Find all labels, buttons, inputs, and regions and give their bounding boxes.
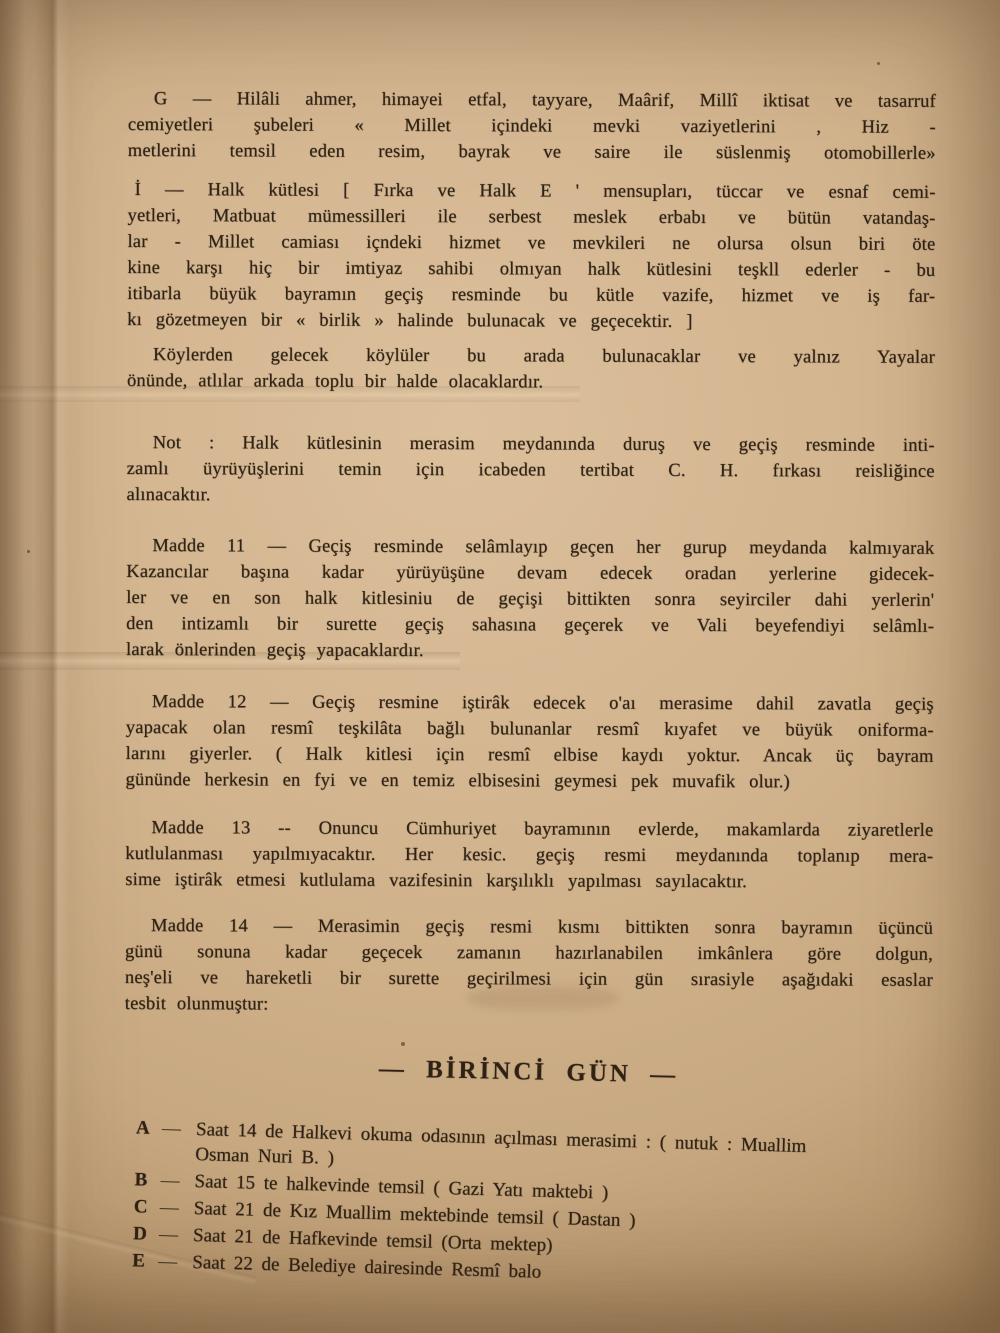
- section-heading-birinci-gun: — BİRİNCİ GÜN —: [124, 1050, 932, 1095]
- schedule-item-dash: —: [159, 1195, 194, 1221]
- text-line: tesbit olunmuştur:: [125, 991, 933, 1020]
- schedule-item-letter: D: [133, 1221, 160, 1247]
- text-line: günü sonuna kadar geçecek zamanın hazırl…: [125, 939, 933, 968]
- text-line: kı gözetmeyen bir « birlik » halinde bul…: [127, 307, 935, 336]
- text-line: Madde 11 — Geçiş resminde selâmlayıp geç…: [126, 533, 934, 562]
- schedule-item-dash: —: [160, 1168, 195, 1194]
- text-line: larını giyerler. ( Halk kitlesi için res…: [126, 741, 934, 770]
- paragraph-madde-12: Madde 12 — Geçiş resmine iştirâk edecek …: [126, 689, 934, 796]
- text-line: larak önlerinden geçiş yapacaklardır.: [126, 637, 934, 666]
- paragraph-madde-14: Madde 14 — Merasimin geçiş resmi kısmı b…: [125, 913, 933, 1020]
- schedule-item-dash: —: [159, 1222, 194, 1248]
- schedule-item-dash: —: [158, 1249, 193, 1275]
- schedule-item-letter: C: [133, 1194, 160, 1220]
- paragraph-madde-11: Madde 11 — Geçiş resminde selâmlayıp geç…: [126, 533, 934, 666]
- text-line: yapacak olan resmî teşkilâta bağlı bulun…: [126, 715, 934, 744]
- text-line: Madde 12 — Geçiş resmine iştirâk edecek …: [126, 689, 934, 718]
- text-line: Madde 13 -- Onuncu Cümhuriyet bayramının…: [125, 815, 933, 844]
- paragraph-not: Not : Halk kütlesinin merasim meydanında…: [127, 430, 935, 511]
- schedule-item-letter: E: [132, 1248, 159, 1274]
- text-line: Kazancılar başına kadar yürüyüşüne devam…: [126, 559, 934, 588]
- schedule-item-letter: A: [136, 1115, 163, 1141]
- text-line: metlerini temsil eden resim, bayrak ve s…: [128, 138, 936, 167]
- text-line: sime iştirâk etmesi kutlulama vazifesini…: [125, 867, 933, 896]
- text-line: kine karşı hiç bir imtiyaz sahibi olmıya…: [127, 255, 935, 284]
- text-line: İ — Halk kütlesi [ Fırka ve Halk E ' men…: [128, 177, 936, 206]
- text-line: yetleri, Matbuat mümessilleri ile serbes…: [128, 203, 936, 232]
- paper-speck: [27, 550, 30, 553]
- schedule-item-dash: —: [162, 1116, 197, 1142]
- schedule-item-letter: B: [134, 1167, 161, 1193]
- text-line: den intizamlı bir surette geçiş sahasına…: [126, 611, 934, 640]
- paragraph-item-g: G — Hilâli ahmer, himayei etfal, tayyare…: [128, 86, 936, 167]
- text-line: kutlulanması yapılmıyacaktır. Her kesic.…: [125, 841, 933, 870]
- text-line: Not : Halk kütlesinin merasim meydanında…: [127, 430, 935, 459]
- paragraph-koylerden: Köylerden gelecek köylüler bu arada bulu…: [127, 342, 935, 397]
- paragraph-item-i: İ — Halk kütlesi [ Fırka ve Halk E ' men…: [127, 177, 936, 336]
- text-line: önünde, atlılar arkada toplu bir halde o…: [127, 368, 935, 397]
- paper-speck: [877, 62, 880, 65]
- text-line: G — Hilâli ahmer, himayei etfal, tayyare…: [128, 86, 936, 115]
- text-line: zamlı üyrüyüşlerini temin için icabeden …: [127, 456, 935, 485]
- paragraph-madde-13: Madde 13 -- Onuncu Cümhuriyet bayramının…: [125, 815, 933, 896]
- text-line: alınacaktır.: [127, 482, 935, 511]
- text-line: Madde 14 — Merasimin geçiş resmi kısmı b…: [125, 913, 933, 942]
- text-line: neş'eli ve hareketli bir surette geçiril…: [125, 965, 933, 994]
- schedule-list: A — Saat 14 de Halkevi okuma odasının aç…: [120, 1115, 932, 1295]
- text-line: gününde herkesin en fyi ve en temiz elbi…: [126, 767, 934, 796]
- text-line: Köylerden gelecek köylüler bu arada bulu…: [127, 342, 935, 371]
- text-line: lar - Millet camiası içndeki hizmet ve m…: [127, 229, 935, 258]
- document-text-column: G — Hilâli ahmer, himayei etfal, tayyare…: [124, 86, 936, 1278]
- document-photo: G — Hilâli ahmer, himayei etfal, tayyare…: [0, 0, 1000, 1333]
- text-line: cemiyetleri şubeleri « Millet içindeki m…: [128, 112, 936, 141]
- text-line: itibarla büyük bayramın geçiş resminde b…: [127, 281, 935, 310]
- text-line: ler ve en son halk kitlesiniu de geçişi …: [126, 585, 934, 614]
